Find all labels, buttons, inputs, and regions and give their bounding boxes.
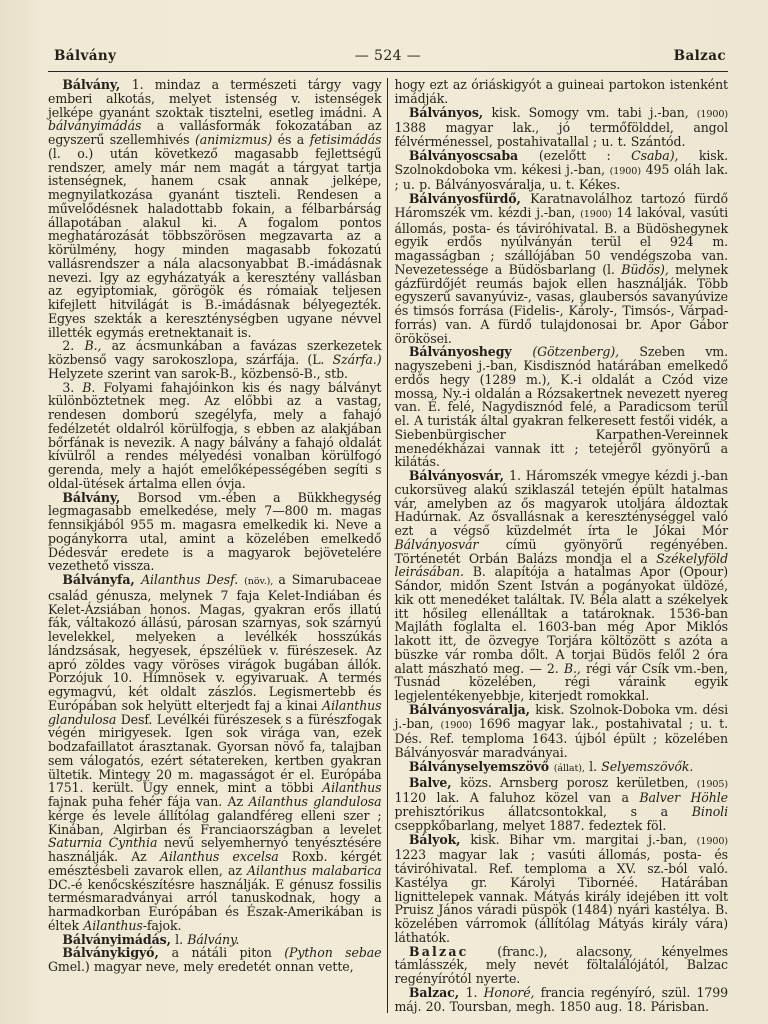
entry-paragraph: Bálványoscsaba (ezelőtt : Csaba), kisk. … (395, 149, 729, 192)
text-segment: Ailanthus Desf. (141, 572, 244, 587)
left-column: Bálvány, 1. mindaz a természeti tárgy va… (48, 78, 387, 1013)
text-segment: fetisimádás (310, 132, 382, 147)
text-segment: hogy ezt az óriáskigyót a guineai partok… (395, 77, 729, 106)
entry-paragraph: Bálványfa, Ailanthus Desf. (növ.), a Sim… (48, 573, 382, 933)
text-segment: Balve, (409, 775, 460, 790)
right-column: hogy ezt az óriáskigyót a guineai partok… (387, 78, 729, 1013)
text-segment: prehisztórikus állatcsontokkal, s a (395, 804, 692, 819)
header-rule (48, 71, 728, 72)
page-header: Bálvány — 524 — Balzac (48, 48, 728, 68)
text-segment: Bálványos, (409, 105, 492, 120)
text-segment: Bálványoshegy (409, 344, 532, 359)
text-segment: l. (585, 759, 601, 774)
header-right-keyword: Balzac (674, 48, 726, 64)
text-segment: B., (84, 338, 101, 353)
text-segment: Bálványoscsaba (409, 148, 539, 163)
entry-paragraph: Balzac, 1. Honoré, francia regényíró, sz… (395, 986, 729, 1014)
text-segment: közs. Arnsberg porosz kerületben, (460, 775, 697, 790)
text-segment: Balver Höhle (639, 790, 728, 805)
text-segment: Bálványosvár, (409, 468, 509, 483)
text-segment: 1120 lak. A faluhoz közel van a (395, 790, 640, 805)
text-segment: a nátáli piton (172, 945, 285, 960)
text-segment: (Python sebae (284, 945, 381, 960)
entry-paragraph: Bálványselyemszövő (állat), l. Selyemszö… (395, 760, 729, 776)
entry-paragraph: Bálvány, 1. mindaz a természeti tárgy va… (48, 78, 382, 339)
text-segment: Bálvány, (62, 77, 131, 92)
entry-paragraph: Bályok, kisk. Bihar vm. margitai j.-ban,… (395, 833, 729, 945)
text-segment: és a (272, 132, 310, 147)
text-segment: cseppkőbarlang, melyet 1887. fedeztek fö… (395, 818, 667, 833)
text-segment: Saturnia Cynthia (48, 835, 157, 850)
entry-paragraph: 3. B. Folyami fahajóinkon kis és nagy bá… (48, 381, 382, 491)
text-segment: fajnak puha fehér fája van. Az (48, 794, 248, 809)
text-segment: Büdös), (621, 262, 669, 277)
text-segment: (1900) (580, 209, 611, 220)
text-segment: Bálványimádás, (62, 932, 170, 947)
text-segment: (animizmus) (195, 132, 272, 147)
text-segment: Gmel.) magyar neve, mely eredetét onnan … (48, 959, 353, 974)
text-segment: 1. (466, 985, 484, 1000)
text-segment: (ezelőtt : (539, 148, 631, 163)
text-segment: B., (564, 661, 581, 676)
text-segment: 3. (62, 380, 82, 395)
text-segment: Selyemszövők. (601, 759, 693, 774)
text-segment: Folyami fahajóinkon kis és nagy bálványt… (48, 380, 382, 491)
text-segment: (1900) (610, 166, 641, 177)
text-segment: Bálványosfürdő, (409, 191, 530, 206)
text-segment: Binoli (692, 804, 728, 819)
text-segment: 1223 magyar lak ; vasúti állomás, posta-… (395, 847, 729, 945)
page-number: — 524 — (48, 48, 728, 64)
entry-paragraph: Bálványoshegy (Götzenberg), Szeben vm. n… (395, 345, 729, 469)
text-segment: (1900) (697, 109, 728, 120)
text-segment: Ailanthus malabarica (247, 863, 381, 878)
lexicon-page: Bálvány — 524 — Balzac Bálvány, 1. minda… (0, 0, 768, 1024)
text-segment: (1905) (697, 779, 728, 790)
text-segment: Honoré, (484, 985, 535, 1000)
entry-paragraph: Bálványosváralja, kisk. Szolnok-Doboka v… (395, 703, 729, 760)
text-segment: Helyzete szerint van sarok-B., közbensö-… (48, 366, 348, 381)
entry-paragraph: Balve, közs. Arnsberg porosz kerületben,… (395, 776, 729, 833)
text-segment: B. (82, 380, 95, 395)
text-segment: (1900) (441, 720, 472, 731)
text-segment: Bálvány. (187, 932, 239, 947)
text-segment: Balzac, (409, 985, 466, 1000)
text-segment: Ailanthus (83, 918, 142, 933)
text-segment: Ailanthus excelsa (160, 849, 279, 864)
text-segment: Bályok, (409, 832, 471, 847)
text-segment: (l. o.) után következő magasabb fejletts… (48, 146, 382, 340)
text-segment: Bálványselyemszövő (409, 759, 554, 774)
text-columns: Bálvány, 1. mindaz a természeti tárgy va… (48, 78, 728, 1013)
text-segment: (Götzenberg), (532, 344, 619, 359)
text-segment: Ailanthus glandulosa (248, 794, 381, 809)
entry-paragraph: Bálványosfürdő, Karatnavolálhoz tartozó … (395, 192, 729, 345)
entry-paragraph: Bálványos, kisk. Somogy vm. tabi j.-ban,… (395, 106, 729, 149)
entry-paragraph: Bálvány, Borsod vm.-ében a Bükkhegység l… (48, 491, 382, 574)
text-segment: B. alapítója a hatalmas Apor (Opour) Sán… (395, 564, 729, 675)
text-segment: 2. (62, 338, 84, 353)
entry-paragraph: Bálványkigyó, a nátáli piton (Python seb… (48, 946, 382, 974)
entry-paragraph: Bálványimádás, l. Bálvány. (48, 933, 382, 947)
text-segment: kisk. Bihar vm. margitai j.-ban, (470, 832, 696, 847)
text-segment: kérge és levele állítólag galandféreg el… (48, 808, 382, 837)
text-segment: 1388 magyar lak., jó termőfölddel, angol… (395, 120, 729, 149)
text-segment: Bálványfa, (62, 572, 141, 587)
text-segment: Bálványosváralja, (409, 702, 535, 717)
text-segment: bálványimádás (48, 118, 141, 133)
text-segment: kisk. Somogy vm. tabi j.-ban, (491, 105, 696, 120)
text-segment: Szárfa.) (333, 352, 382, 367)
text-segment: (növ.), (244, 576, 278, 587)
text-segment: Bálványkigyó, (62, 945, 171, 960)
text-segment: Csaba), (631, 148, 678, 163)
text-segment: Bálvány, (62, 490, 137, 505)
text-segment: Szeben vm. nagyszebeni j.-ban, Kisdisznó… (395, 344, 729, 469)
text-segment: (1900) (697, 836, 728, 847)
entry-paragraph: Bálványosvár, 1. Háromszék vmegye kézdi … (395, 469, 729, 703)
text-segment: l. (171, 932, 187, 947)
text-segment: Bálványosvár (395, 537, 479, 552)
text-segment: Ailanthus (322, 780, 381, 795)
entry-paragraph: hogy ezt az óriáskigyót a guineai partok… (395, 78, 729, 106)
entry-paragraph: Balzac (franc.), alacsony, kényelmes tám… (395, 945, 729, 986)
text-segment: Balzac (409, 944, 469, 959)
text-segment: -fajok. (143, 918, 182, 933)
text-segment: a Simarubaceae család génusza, melynek 7… (48, 572, 382, 713)
text-segment: (állat), (554, 763, 585, 774)
entry-paragraph: 2. B., az ácsmunkában a favázas szerkeze… (48, 339, 382, 380)
